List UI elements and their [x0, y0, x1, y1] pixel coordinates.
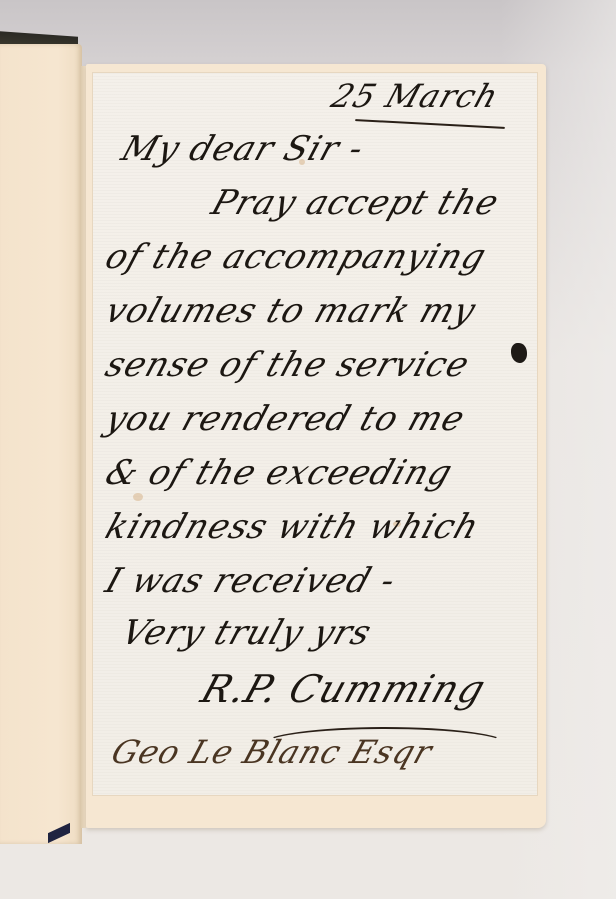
letter-body-line: I was received -: [101, 561, 402, 601]
date-underline: [355, 119, 505, 129]
ink-blot: [511, 343, 527, 363]
left-page: [0, 44, 82, 844]
letter-body-line: sense of the service: [101, 345, 475, 385]
letter-sheet: 25 March My dear Sir - Pray accept the o…: [92, 72, 538, 796]
letter-body-line: you rendered to me: [101, 399, 471, 439]
letter-signature: R.P. Cumming: [196, 667, 492, 711]
letter-body-line: kindness with which: [101, 507, 485, 547]
letter-closing: Very truly yrs: [117, 613, 377, 653]
foxing-spot: [133, 493, 143, 501]
letter-body-line: of the accompanying: [101, 237, 492, 277]
letter-salutation: My dear Sir -: [117, 129, 370, 169]
letter-date: 25 March: [327, 77, 504, 115]
letter-addressee: Geo Le Blanc Esqr: [107, 733, 438, 771]
letter-body-line: Pray accept the: [207, 183, 505, 223]
letter-body-line: volumes to mark my: [101, 291, 482, 331]
letter-body-line: & of the exceeding: [101, 453, 458, 493]
